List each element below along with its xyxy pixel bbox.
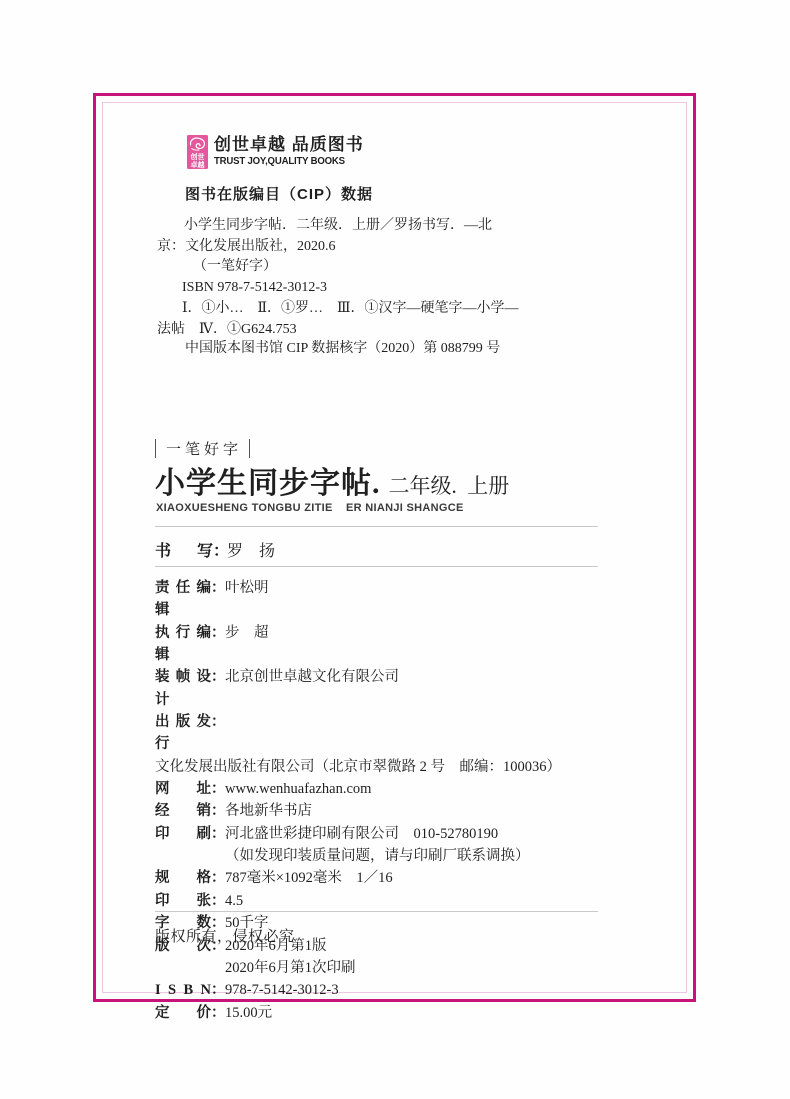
row-printing-label: 印刷: [155, 823, 211, 845]
cip-classification: Ⅰ．①小… Ⅱ．①罗… Ⅲ．①汉字—硬笔字—小学— 法帖 Ⅳ．①G624.753: [155, 298, 615, 340]
row-executive-editor-value: 步 超: [225, 625, 269, 641]
row-format-label: 规格: [155, 867, 211, 889]
row-publisher: 出版发行：文化发展出版社有限公司（北京市翠微路 2 号 邮编：100036）: [155, 711, 615, 778]
row-isbn-value: 978-7-5142-3012-3: [225, 982, 339, 998]
row-editor-label: 责任编辑: [155, 577, 211, 622]
row-distribution: 经销：各地新华书店: [155, 800, 615, 822]
colon: ：: [211, 867, 225, 889]
row-website-value: www.wenhuafazhan.com: [225, 781, 371, 797]
colon: ：: [211, 979, 225, 1001]
cip-line-3: （一笔好字）: [155, 257, 615, 278]
series-label-text: 一笔好字: [156, 438, 249, 459]
svg-text:卓越: 卓越: [191, 160, 205, 169]
writer-colon: ：: [213, 538, 227, 561]
row-publisher-value: 文化发展出版社有限公司（北京市翠微路 2 号 邮编：100036）: [155, 759, 561, 775]
row-website: 网址：www.wenhuafazhan.com: [155, 778, 615, 800]
colon: ：: [211, 778, 225, 800]
cip-heading: 图书在版编目（CIP）数据: [185, 183, 373, 204]
writer-label: 书写: [155, 538, 213, 561]
series-label-right-bar: [249, 439, 250, 458]
row-sheets-value: 4.5: [225, 893, 243, 909]
row-price-value: 15.00元: [225, 1005, 272, 1021]
row-price: 定价：15.00元: [155, 1002, 615, 1024]
copyright-notice: 版权所有，侵权必究: [155, 925, 295, 946]
divider-top: [155, 526, 598, 527]
publisher-brand: 创世卓越 品质图书 TRUST JOY,QUALITY BOOKS: [214, 135, 364, 168]
row-edition-printing: 2020年6月第1次印刷: [155, 957, 615, 979]
book-title: 小学生同步字帖.二年级. 上册: [155, 458, 509, 502]
row-distribution-value: 各地新华书店: [225, 803, 312, 819]
cip-isbn-line: ISBN 978-7-5142-3012-3: [155, 278, 615, 299]
divider-middle: [155, 566, 598, 567]
row-printing-value: 河北盛世彩捷印刷有限公司 010-52780190: [225, 826, 498, 842]
colophon: 责任编辑：叶松明 执行编辑：步 超 装帧设计：北京创世卓越文化有限公司 出版发行…: [155, 577, 615, 1024]
row-publisher-label: 出版发行: [155, 711, 211, 756]
colon: ：: [211, 823, 225, 845]
cip-line-2: 京：文化发展出版社，2020.6: [155, 237, 615, 258]
colon: ：: [211, 666, 225, 688]
colon: ：: [211, 711, 225, 733]
book-title-pinyin: XIAOXUESHENG TONGBU ZITIE ER NIANJI SHAN…: [156, 502, 464, 514]
colon: ：: [211, 1002, 225, 1024]
publisher-brand-cn: 创世卓越 品质图书: [214, 135, 364, 155]
row-executive-editor: 执行编辑：步 超: [155, 622, 615, 667]
writer-row: 书写：罗 扬: [155, 538, 275, 561]
cip-classification-line-1: Ⅰ．①小… Ⅱ．①罗… Ⅲ．①汉字—硬笔字—小学—: [155, 298, 615, 319]
row-format: 规格：787毫米×1092毫米 1／16: [155, 867, 615, 889]
publisher-logo: 创世 卓越 创世卓越 品质图书 TRUST JOY,QUALITY BOOKS: [187, 135, 364, 169]
row-editor: 责任编辑：叶松明: [155, 577, 615, 622]
cip-description: 小学生同步字帖．二年级．上册／罗扬书写．—北 京：文化发展出版社，2020.6 …: [155, 216, 615, 298]
row-format-value: 787毫米×1092毫米 1／16: [225, 870, 393, 886]
row-website-label: 网址: [155, 778, 211, 800]
book-title-sub: 二年级. 上册: [389, 474, 510, 498]
row-price-label: 定价: [155, 1002, 211, 1024]
row-design-label: 装帧设计: [155, 666, 211, 711]
row-isbn: I S B N：978-7-5142-3012-3: [155, 979, 615, 1001]
row-isbn-label: I S B N: [155, 979, 211, 1001]
series-label: 一笔好字: [155, 438, 250, 459]
divider-bottom: [155, 911, 598, 912]
row-sheets: 印张：4.5: [155, 890, 615, 912]
row-design-value: 北京创世卓越文化有限公司: [225, 669, 399, 685]
colon: ：: [211, 800, 225, 822]
row-design: 装帧设计：北京创世卓越文化有限公司: [155, 666, 615, 711]
publisher-brand-en: TRUST JOY,QUALITY BOOKS: [214, 155, 358, 168]
row-distribution-label: 经销: [155, 800, 211, 822]
cip-record-number: 中国版本图书馆 CIP 数据核字（2020）第 088799 号: [155, 337, 500, 357]
book-title-main: 小学生同步字帖.: [155, 467, 381, 500]
colon: ：: [211, 622, 225, 644]
cip-line-1: 小学生同步字帖．二年级．上册／罗扬书写．—北: [155, 216, 615, 237]
svg-text:创世: 创世: [190, 152, 205, 161]
colon: ：: [211, 577, 225, 599]
row-printing: 印刷：河北盛世彩捷印刷有限公司 010-52780190: [155, 823, 615, 845]
writer-value: 罗 扬: [227, 543, 275, 560]
row-editor-value: 叶松明: [225, 580, 269, 596]
publisher-seal-icon: 创世 卓越: [187, 135, 208, 169]
colon: ：: [211, 890, 225, 912]
copyright-page: 创世 卓越 创世卓越 品质图书 TRUST JOY,QUALITY BOOKS …: [0, 0, 790, 1099]
row-executive-editor-label: 执行编辑: [155, 622, 211, 667]
row-sheets-label: 印张: [155, 890, 211, 912]
row-printing-note: （如发现印装质量问题，请与印刷厂联系调换）: [155, 845, 615, 867]
